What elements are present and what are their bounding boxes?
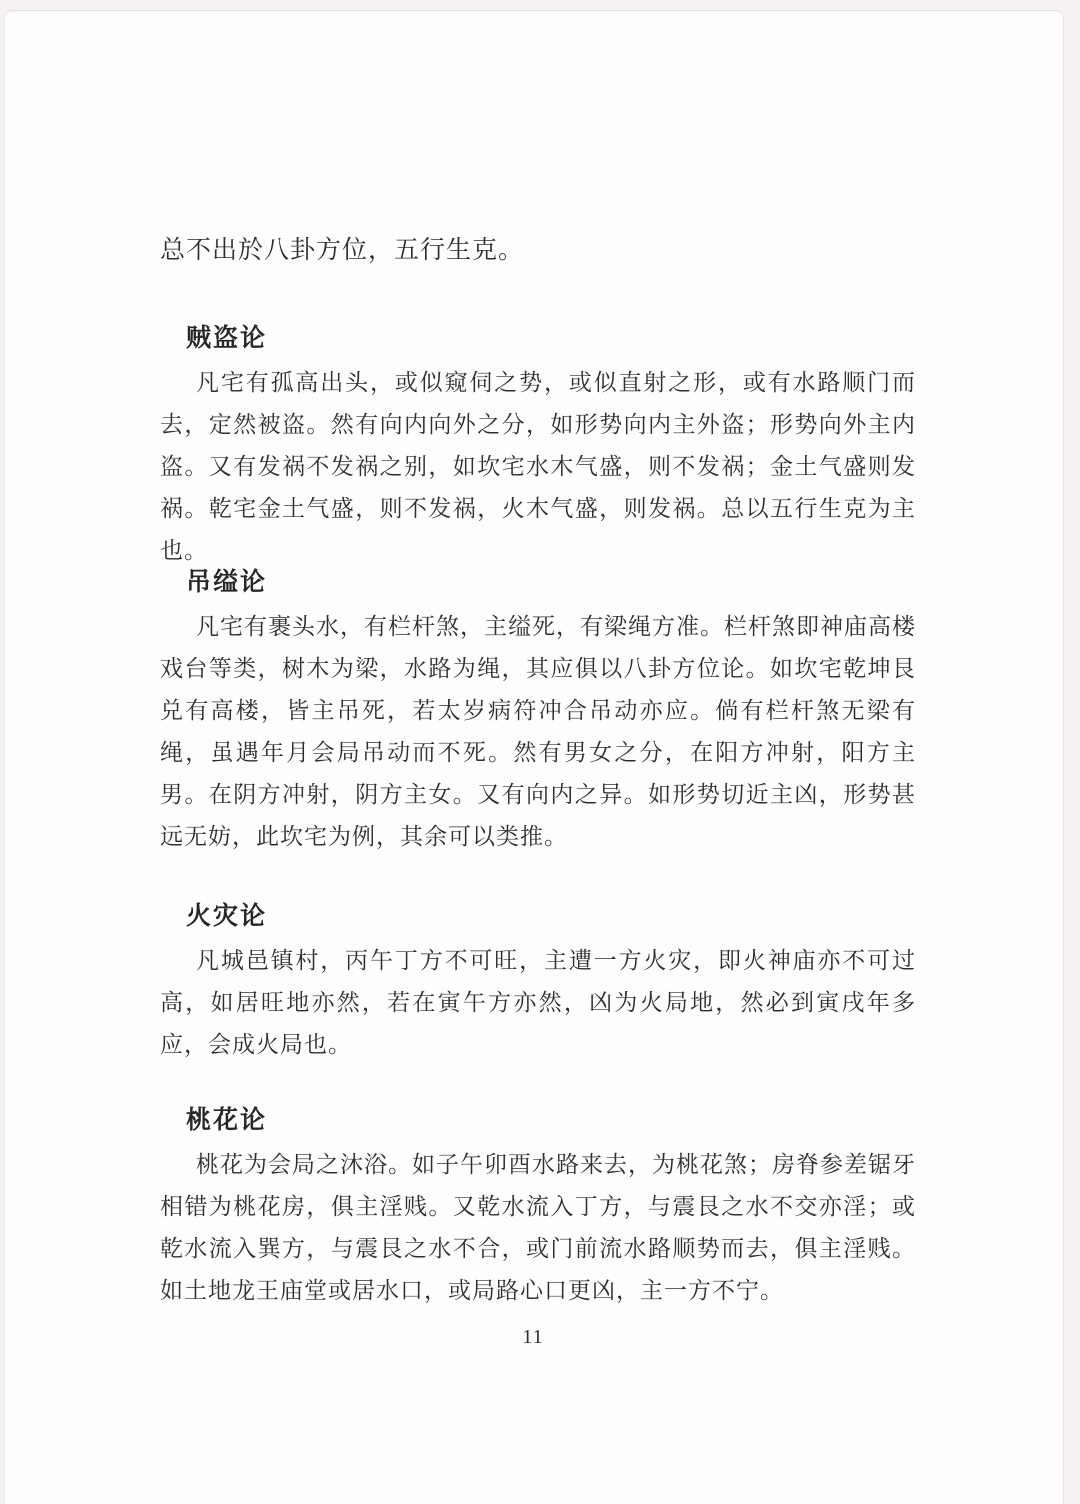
section-body-thieves: 凡宅有孤高出头，或似窥伺之势，或似直射之形，或有水路顺门而去，定然被盗。然有向内… [160, 362, 916, 572]
section-body-fire: 凡城邑镇村，丙午丁方不可旺，主遭一方火灾，即火神庙亦不可过高，如居旺地亦然，若在… [160, 940, 916, 1066]
document-text-layer: 总不出於八卦方位，五行生克。 贼盗论 凡宅有孤高出头，或似窥伺之势，或似直射之形… [0, 0, 1080, 1504]
section-title-hanging: 吊缢论 [160, 562, 916, 604]
section-title-thieves: 贼盗论 [160, 318, 916, 360]
section-title-fire: 火灾论 [160, 896, 916, 938]
page-number: 11 [0, 1326, 1066, 1349]
section-title-peach-blossom: 桃花论 [160, 1100, 916, 1142]
section-peach-blossom: 桃花论 桃花为会局之沐浴。如子午卯酉水路来去，为桃花煞；房脊参差锯牙相错为桃花房… [160, 1100, 916, 1312]
section-body-peach-blossom: 桃花为会局之沐浴。如子午卯酉水路来去，为桃花煞；房脊参差锯牙相错为桃花房，俱主淫… [160, 1144, 916, 1312]
section-fire: 火灾论 凡城邑镇村，丙午丁方不可旺，主遭一方火灾，即火神庙亦不可过高，如居旺地亦… [160, 896, 916, 1066]
section-thieves: 贼盗论 凡宅有孤高出头，或似窥伺之势，或似直射之形，或有水路顺门而去，定然被盗。… [160, 318, 916, 572]
intro-line: 总不出於八卦方位，五行生克。 [160, 234, 920, 268]
section-body-hanging: 凡宅有裹头水，有栏杆煞，主缢死，有梁绳方准。栏杆煞即神庙高楼戏台等类，树木为梁，… [160, 606, 916, 858]
section-hanging: 吊缢论 凡宅有裹头水，有栏杆煞，主缢死，有梁绳方准。栏杆煞即神庙高楼戏台等类，树… [160, 562, 916, 858]
